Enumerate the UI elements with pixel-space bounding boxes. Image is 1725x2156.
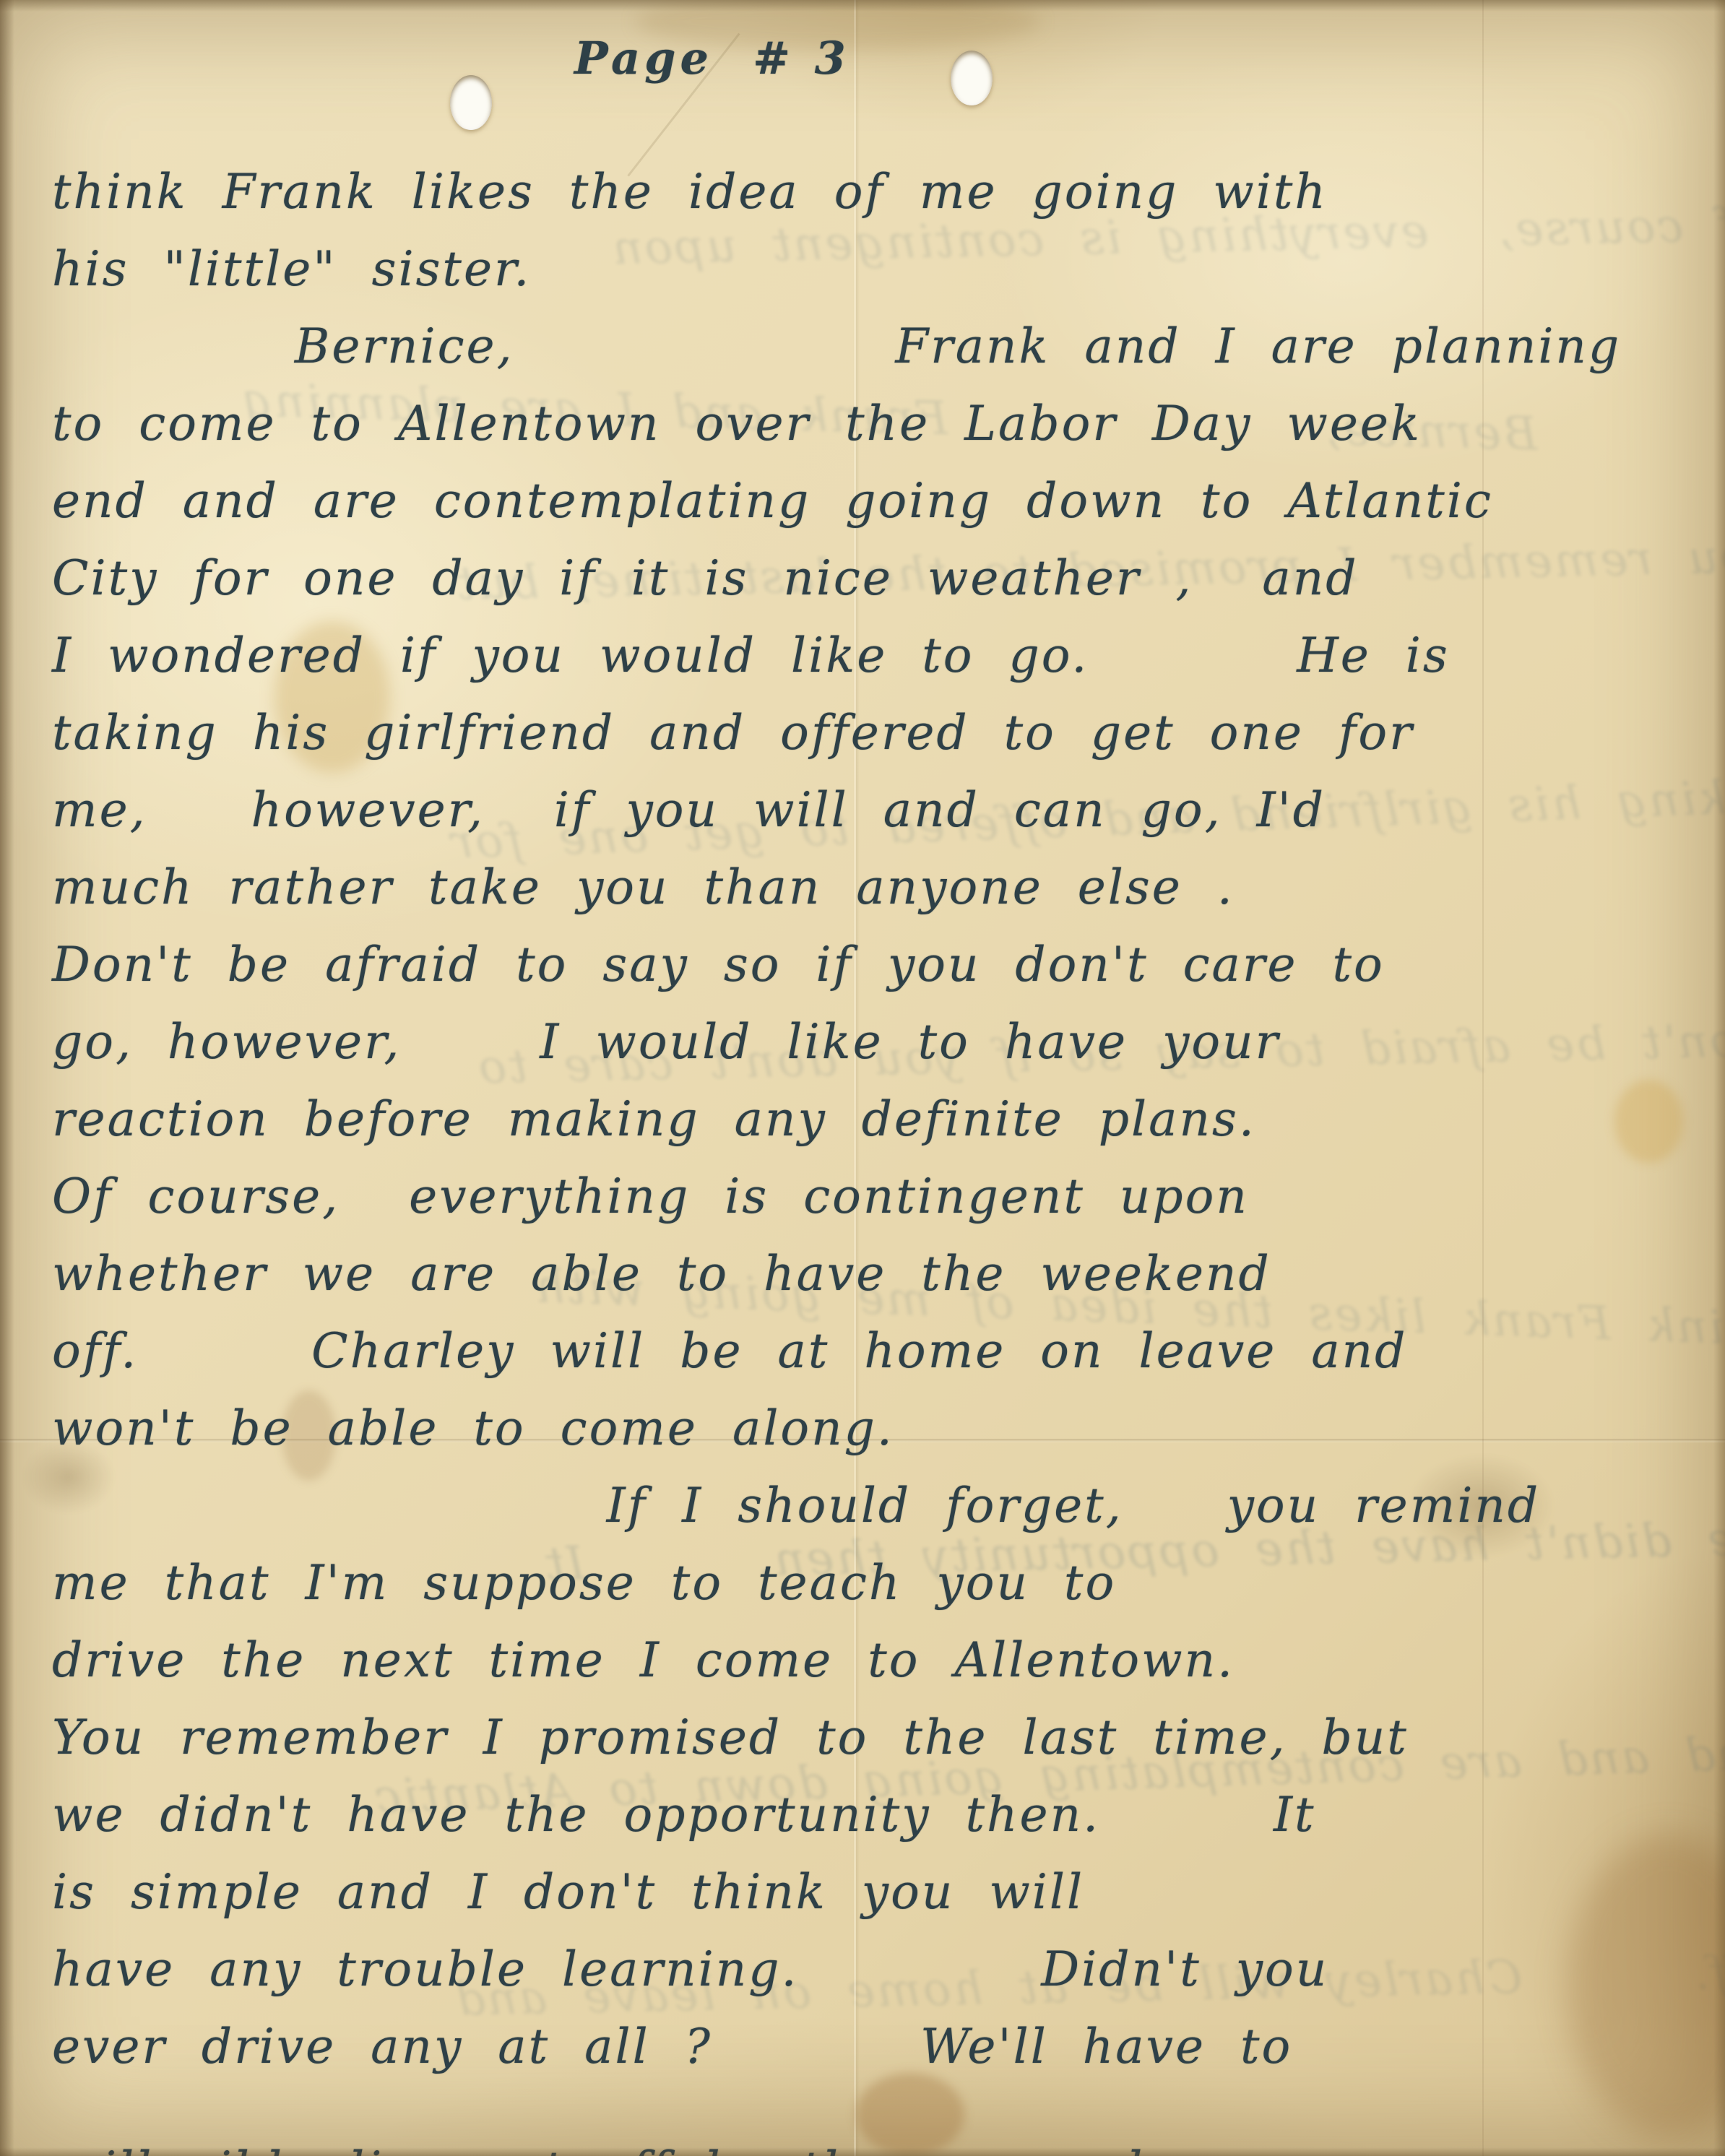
letter-line: I wondered if you would like to go. He i… xyxy=(52,617,1718,694)
letter-line: drive the next time I come to Allentown. xyxy=(52,1622,1718,1699)
letter-line: me that I'm suppose to teach you to xyxy=(52,1544,1718,1622)
letter-line: to come to Allentown over the Labor Day … xyxy=(52,385,1718,462)
scan-edge xyxy=(0,0,1725,12)
letter-line: reaction before making any definite plan… xyxy=(52,1081,1718,1158)
page-number-header: Page # 3 xyxy=(574,32,850,85)
letter-line: think Frank likes the idea of me going w… xyxy=(52,153,1718,230)
letter-line: is simple and I don't think you will xyxy=(52,1853,1718,1931)
scan-edge xyxy=(0,0,14,2156)
letter-line: we didn't have the opportunity then. It xyxy=(52,1776,1718,1853)
letter-line: ever drive any at all ? We'll have to xyxy=(52,2008,1718,2085)
letter-line: Bernice, Frank and I are planning xyxy=(52,308,1718,385)
letter-line: me, however, if you will and can go, I'd xyxy=(52,771,1718,849)
cutoff-partial-line: illegible line cut off by the page edge xyxy=(101,2135,1618,2156)
letter-line: go, however, I would like to have your xyxy=(52,1003,1718,1081)
letter-page: Of course, everything is contingent upon… xyxy=(0,0,1725,2156)
letter-line: Don't be afraid to say so if you don't c… xyxy=(52,926,1718,1003)
letter-line: end and are contemplating going down to … xyxy=(52,462,1718,540)
letter-line: taking his girlfriend and offered to get… xyxy=(52,694,1718,771)
letter-line: off. Charley will be at home on leave an… xyxy=(52,1312,1718,1390)
letter-body: think Frank likes the idea of me going w… xyxy=(52,153,1718,2085)
letter-line: won't be able to come along. xyxy=(52,1390,1718,1467)
punch-hole-left xyxy=(450,75,492,130)
letter-line: whether we are able to have the weekend xyxy=(52,1235,1718,1312)
letter-line: his "little" sister. xyxy=(52,230,1718,308)
letter-line: If I should forget, you remind xyxy=(52,1467,1718,1544)
letter-line: You remember I promised to the last time… xyxy=(52,1699,1718,1776)
letter-line: Of course, everything is contingent upon xyxy=(52,1158,1718,1235)
letter-line: have any trouble learning. Didn't you xyxy=(52,1931,1718,2008)
letter-line: much rather take you than anyone else . xyxy=(52,849,1718,926)
punch-hole-right xyxy=(951,51,993,105)
letter-line: City for one day if it is nice weather ,… xyxy=(52,540,1718,617)
